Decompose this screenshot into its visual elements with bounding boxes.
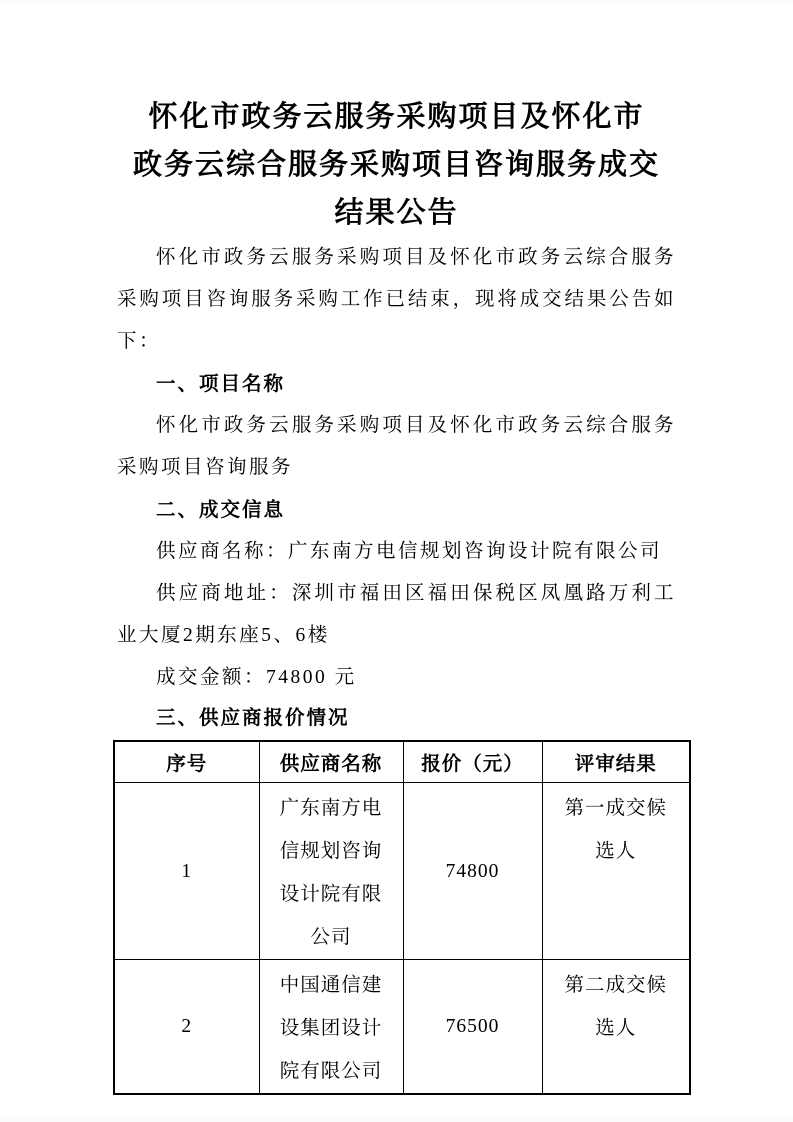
cell-serial: 2: [114, 960, 259, 1095]
quotation-table: 序号 供应商名称 报价（元） 评审结果 1 广东南方电信规划咨询设计院有限公司 …: [113, 740, 691, 1095]
cell-result: 第一成交候选人: [542, 783, 690, 960]
section-heading-project-name: 一、项目名称: [117, 363, 676, 405]
title-line-1: 怀化市政务云服务采购项目及怀化市: [117, 93, 676, 141]
cell-price: 76500: [403, 960, 542, 1095]
cell-result: 第二成交候选人: [542, 960, 690, 1095]
project-name-paragraph: 怀化市政务云服务采购项目及怀化市政务云综合服务采购项目咨询服务: [117, 405, 676, 489]
table-row: 2 中国通信建设集团设计院有限公司 76500 第二成交候选人: [114, 960, 690, 1095]
table-row: 1 广东南方电信规划咨询设计院有限公司 74800 第一成交候选人: [114, 783, 690, 960]
table-header-serial: 序号: [114, 741, 259, 783]
cell-supplier: 广东南方电信规划咨询设计院有限公司: [259, 783, 403, 960]
supplier-address-line: 供应商地址：深圳市福田区福田保税区凤凰路万利工业大厦2期东座5、6楼: [117, 573, 676, 657]
section-heading-deal-info: 二、成交信息: [117, 489, 676, 531]
section-heading-quotations: 三、供应商报价情况: [117, 699, 676, 737]
intro-paragraph: 怀化市政务云服务采购项目及怀化市政务云综合服务采购项目咨询服务采购工作已结束，现…: [117, 237, 676, 363]
table-header-row: 序号 供应商名称 报价（元） 评审结果: [114, 741, 690, 783]
table-header-supplier: 供应商名称: [259, 741, 403, 783]
title-line-3: 结果公告: [117, 189, 676, 237]
title-line-2: 政务云综合服务采购项目咨询服务成交: [117, 141, 676, 189]
table-header-result: 评审结果: [542, 741, 690, 783]
cell-supplier: 中国通信建设集团设计院有限公司: [259, 960, 403, 1095]
cell-serial: 1: [114, 783, 259, 960]
document-title: 怀化市政务云服务采购项目及怀化市 政务云综合服务采购项目咨询服务成交 结果公告: [117, 93, 676, 237]
supplier-name-line: 供应商名称：广东南方电信规划咨询设计院有限公司: [117, 531, 676, 573]
deal-amount-line: 成交金额：74800 元: [117, 657, 676, 699]
cell-price: 74800: [403, 783, 542, 960]
table-header-price: 报价（元）: [403, 741, 542, 783]
document-page: 怀化市政务云服务采购项目及怀化市 政务云综合服务采购项目咨询服务成交 结果公告 …: [0, 0, 793, 1122]
